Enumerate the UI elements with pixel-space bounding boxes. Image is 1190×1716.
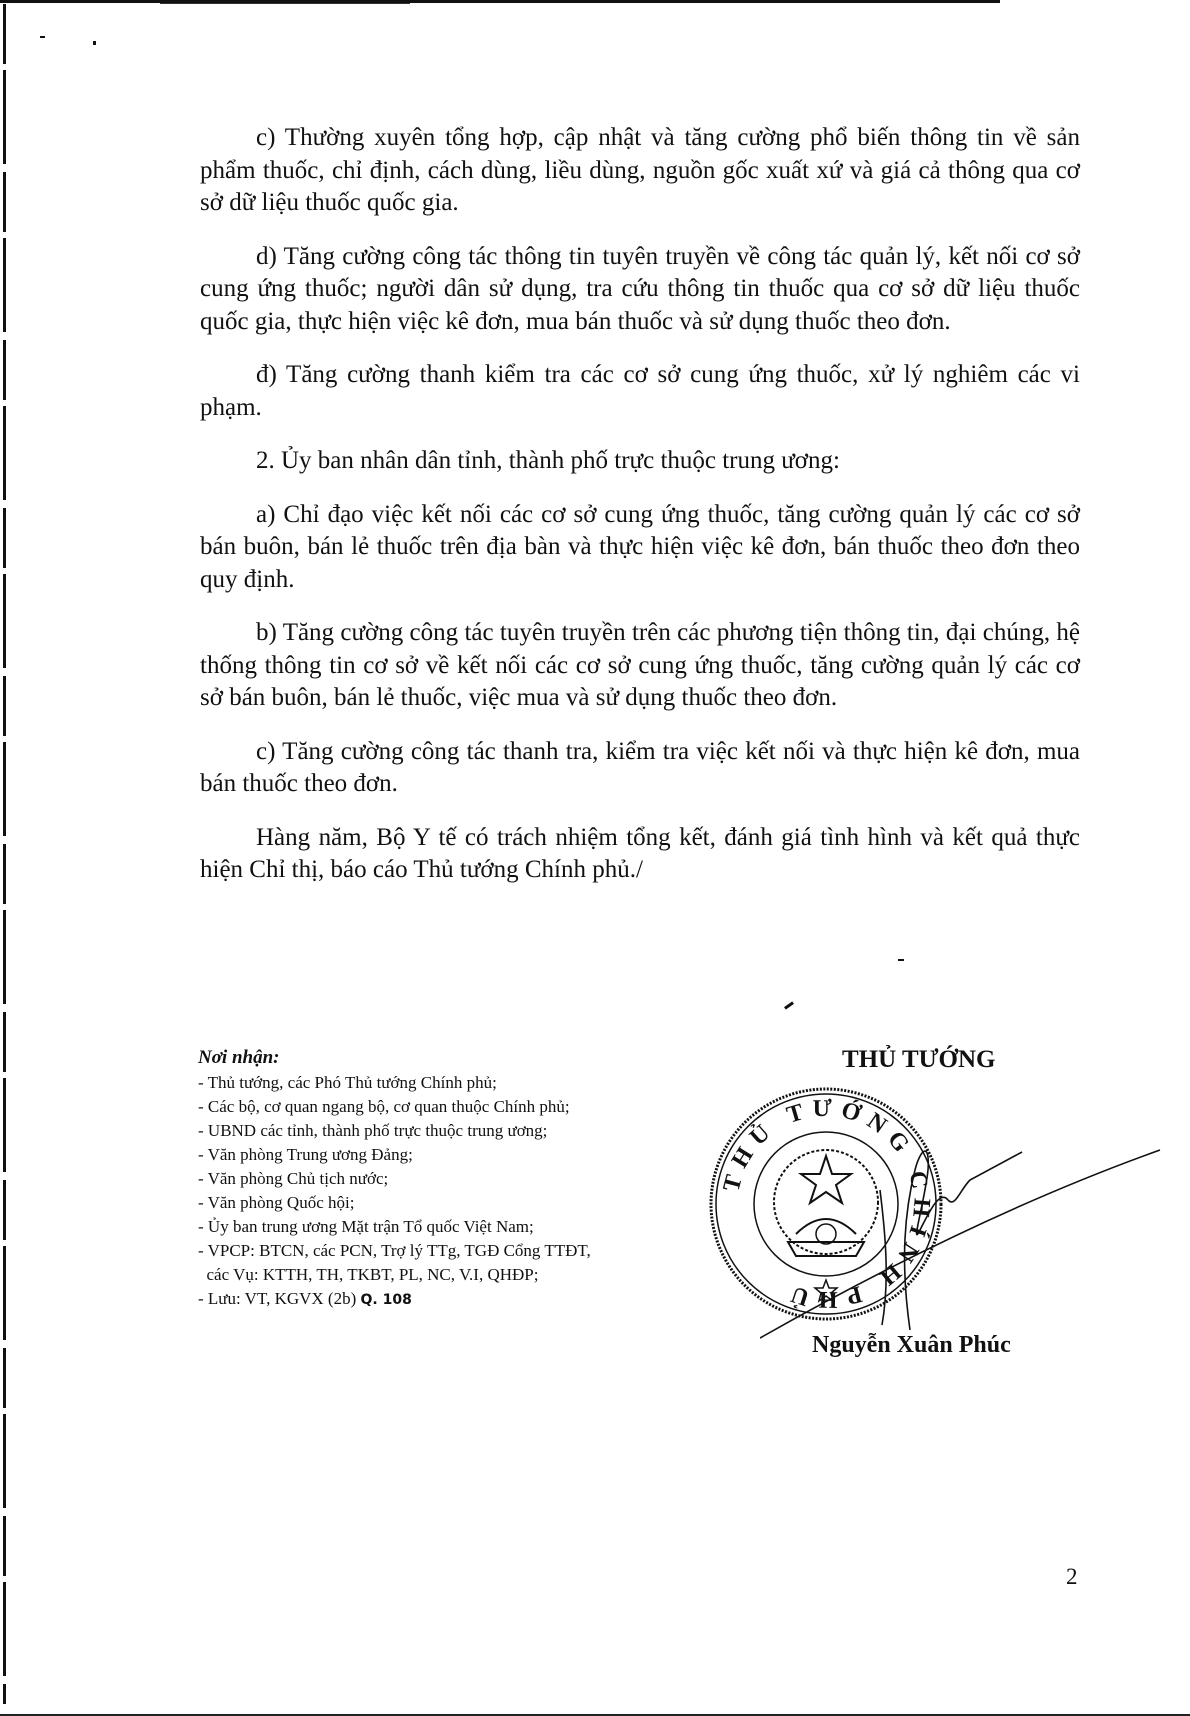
closing-paragraph: Hàng năm, Bộ Y tế có trách nhiệm tổng kế… [200, 822, 1080, 887]
recipient-item: các Vụ: KTTH, TH, TKBT, PL, NC, V.I, QHĐ… [198, 1263, 698, 1287]
page-number: 2 [1066, 1564, 1078, 1590]
recipient-item: - UBND các tỉnh, thành phố trực thuộc tr… [198, 1119, 698, 1143]
archive-note: Q. 108 [361, 1292, 412, 1308]
recipient-item: - Văn phòng Chủ tịch nước; [198, 1167, 698, 1191]
paragraph-2c: c) Tăng cường công tác thanh tra, kiểm t… [200, 736, 1080, 801]
scan-speck [93, 41, 96, 45]
recipient-item: - VPCP: BTCN, các PCN, Trợ lý TTg, TGĐ C… [198, 1239, 698, 1263]
recipient-item: - Văn phòng Trung ương Đảng; [198, 1143, 698, 1167]
recipient-item: - Các bộ, cơ quan ngang bộ, cơ quan thuộ… [198, 1095, 698, 1119]
scan-border-top [0, 0, 1000, 3]
signature-scribble-icon [760, 1080, 1180, 1340]
signer-name: Nguyễn Xuân Phúc [812, 1332, 1011, 1359]
document-body: c) Thường xuyên tổng hợp, cập nhật và tă… [200, 122, 1080, 908]
scan-border-top-noise [160, 3, 410, 4]
paragraph-2b: b) Tăng cường công tác tuyên truyền trên… [200, 617, 1080, 715]
paragraph-2a: a) Chỉ đạo việc kết nối các cơ sở cung ứ… [200, 499, 1080, 597]
scan-speck [40, 36, 45, 38]
recipient-item: - Văn phòng Quốc hội; [198, 1191, 698, 1215]
recipient-item: - Ủy ban trung ương Mặt trận Tổ quốc Việ… [198, 1215, 698, 1239]
scan-speck [898, 959, 904, 961]
section-2-heading: 2. Ủy ban nhân dân tỉnh, thành phố trực … [200, 445, 1080, 478]
recipient-item-archive: - Lưu: VT, KGVX (2b) Q. 108 [198, 1287, 698, 1312]
paragraph-1d: d) Tăng cường công tác thông tin tuyên t… [200, 241, 1080, 339]
signer-title: THỦ TƯỚNG [842, 1046, 996, 1074]
paragraph-1c: c) Thường xuyên tổng hợp, cập nhật và tă… [200, 122, 1080, 220]
signature-block: THỦ TƯỚNG THỦ TƯỚNG CHÍNH PHỦ Nguyễn Xuâ… [700, 1040, 1180, 1370]
recipients-block: Nơi nhận: - Thủ tướng, các Phó Thủ tướng… [198, 1046, 698, 1312]
scan-border-left [3, 4, 6, 1704]
recipient-item: - Thủ tướng, các Phó Thủ tướng Chính phủ… [198, 1071, 698, 1095]
paragraph-1dd: đ) Tăng cường thanh kiểm tra các cơ sở c… [200, 359, 1080, 424]
scan-speck [784, 1001, 794, 1009]
archive-label: - Lưu: VT, KGVX (2b) [198, 1289, 356, 1308]
recipients-title: Nơi nhận: [198, 1046, 698, 1070]
